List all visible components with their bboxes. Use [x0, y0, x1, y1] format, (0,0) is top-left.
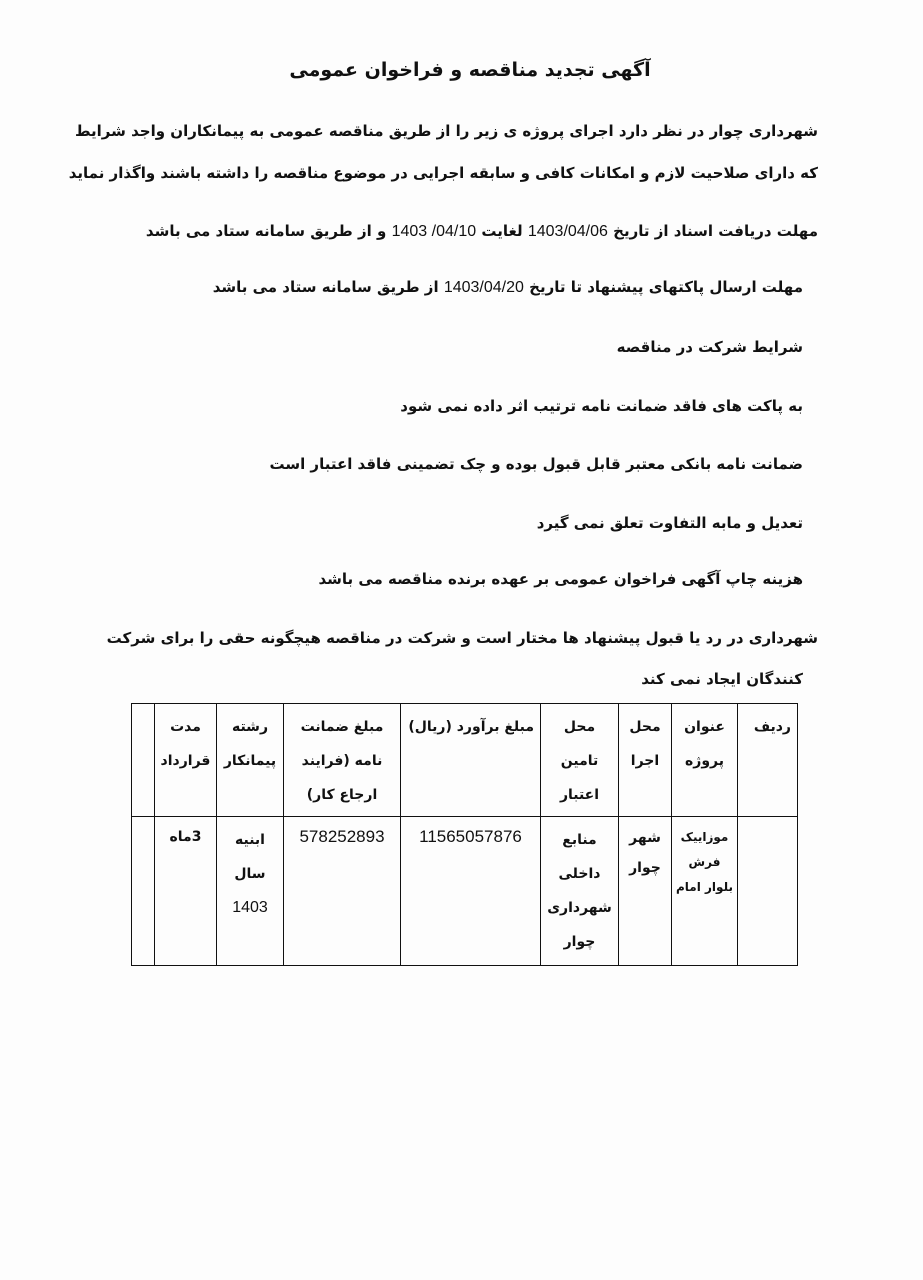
- condition-item: هزینه چاپ آگهی فراخوان عمومی بر عهده برن…: [318, 568, 803, 590]
- cell-project-title: موزاییک فرش بلوار امام: [672, 817, 738, 966]
- header-contract-duration: مدت قرارداد: [155, 704, 217, 817]
- condition-item: به پاکت های فاقد ضمانت نامه ترتیب اثر دا…: [400, 395, 803, 417]
- header-estimate: مبلغ برآورد (ریال): [401, 704, 541, 817]
- cell-contractor-field: ابنیه سال 1403: [217, 817, 284, 966]
- deadline-docs-line: مهلت دریافت اسناد از تاریخ 1403/04/06 لغ…: [146, 220, 818, 243]
- page-title: آگهی تجدید مناقصه و فراخوان عمومی: [280, 56, 660, 84]
- table-row: موزاییک فرش بلوار امام شهر چوار منابع دا…: [132, 817, 798, 966]
- cell-estimate: 11565057876: [401, 817, 541, 966]
- condition-item: تعدیل و مابه التفاوت تعلق نمی گیرد: [537, 512, 803, 534]
- intro-line-2: که دارای صلاحیت لازم و امکانات کافی و سا…: [69, 162, 818, 184]
- header-location: محل اجرا: [619, 704, 672, 817]
- deadline-bids-date: 1403/04/20: [444, 279, 524, 296]
- header-contractor-field: رشته پیمانکار: [217, 704, 284, 817]
- cell-row-number: [738, 817, 798, 966]
- condition-item: ضمانت نامه بانکی معتبر قابل قبول بوده و …: [269, 453, 803, 475]
- notice-page: آگهی تجدید مناقصه و فراخوان عمومی شهردار…: [0, 0, 923, 1280]
- deadline-docs-suffix: و از طریق سامانه ستاد می باشد: [146, 222, 386, 240]
- deadline-docs-date-to: 1403 /04/10: [392, 223, 477, 240]
- deadline-docs-date-from: 1403/04/06: [528, 223, 608, 240]
- header-guarantee: مبلغ ضمانت نامه (فرایند ارجاع کار): [284, 704, 401, 817]
- closing-line-1: شهرداری در رد یا قبول پیشنهاد ها مختار ا…: [107, 627, 818, 649]
- deadline-docs-prefix: مهلت دریافت اسناد از تاریخ: [613, 222, 818, 240]
- deadline-bids-suffix: از طریق سامانه ستاد می باشد: [213, 278, 439, 296]
- conditions-heading: شرایط شرکت در مناقصه: [617, 336, 803, 358]
- table-header-row: ردیف عنوان پروژه محل اجرا محل تامین اعتب…: [132, 704, 798, 817]
- deadline-bids-prefix: مهلت ارسال پاکتهای پیشنهاد تا تاریخ: [529, 278, 803, 296]
- cell-guarantee: 578252893: [284, 817, 401, 966]
- header-funding-source: محل تامین اعتبار: [541, 704, 619, 817]
- header-row-number: ردیف: [738, 704, 798, 817]
- cell-location: شهر چوار: [619, 817, 672, 966]
- header-project-title: عنوان پروژه: [672, 704, 738, 817]
- cell-extra: [132, 817, 155, 966]
- cell-contract-duration: 3ماه: [155, 817, 217, 966]
- deadline-docs-middle: لغایت: [481, 222, 522, 240]
- header-extra: [132, 704, 155, 817]
- intro-line-1: شهرداری چوار در نظر دارد اجرای پروژه ی ز…: [75, 120, 818, 142]
- cell-funding-source: منابع داخلی شهرداری چوار: [541, 817, 619, 966]
- deadline-bids-line: مهلت ارسال پاکتهای پیشنهاد تا تاریخ 1403…: [213, 276, 803, 299]
- tender-table: ردیف عنوان پروژه محل اجرا محل تامین اعتب…: [131, 703, 798, 966]
- closing-line-2: کنندگان ایجاد نمی کند: [641, 668, 803, 690]
